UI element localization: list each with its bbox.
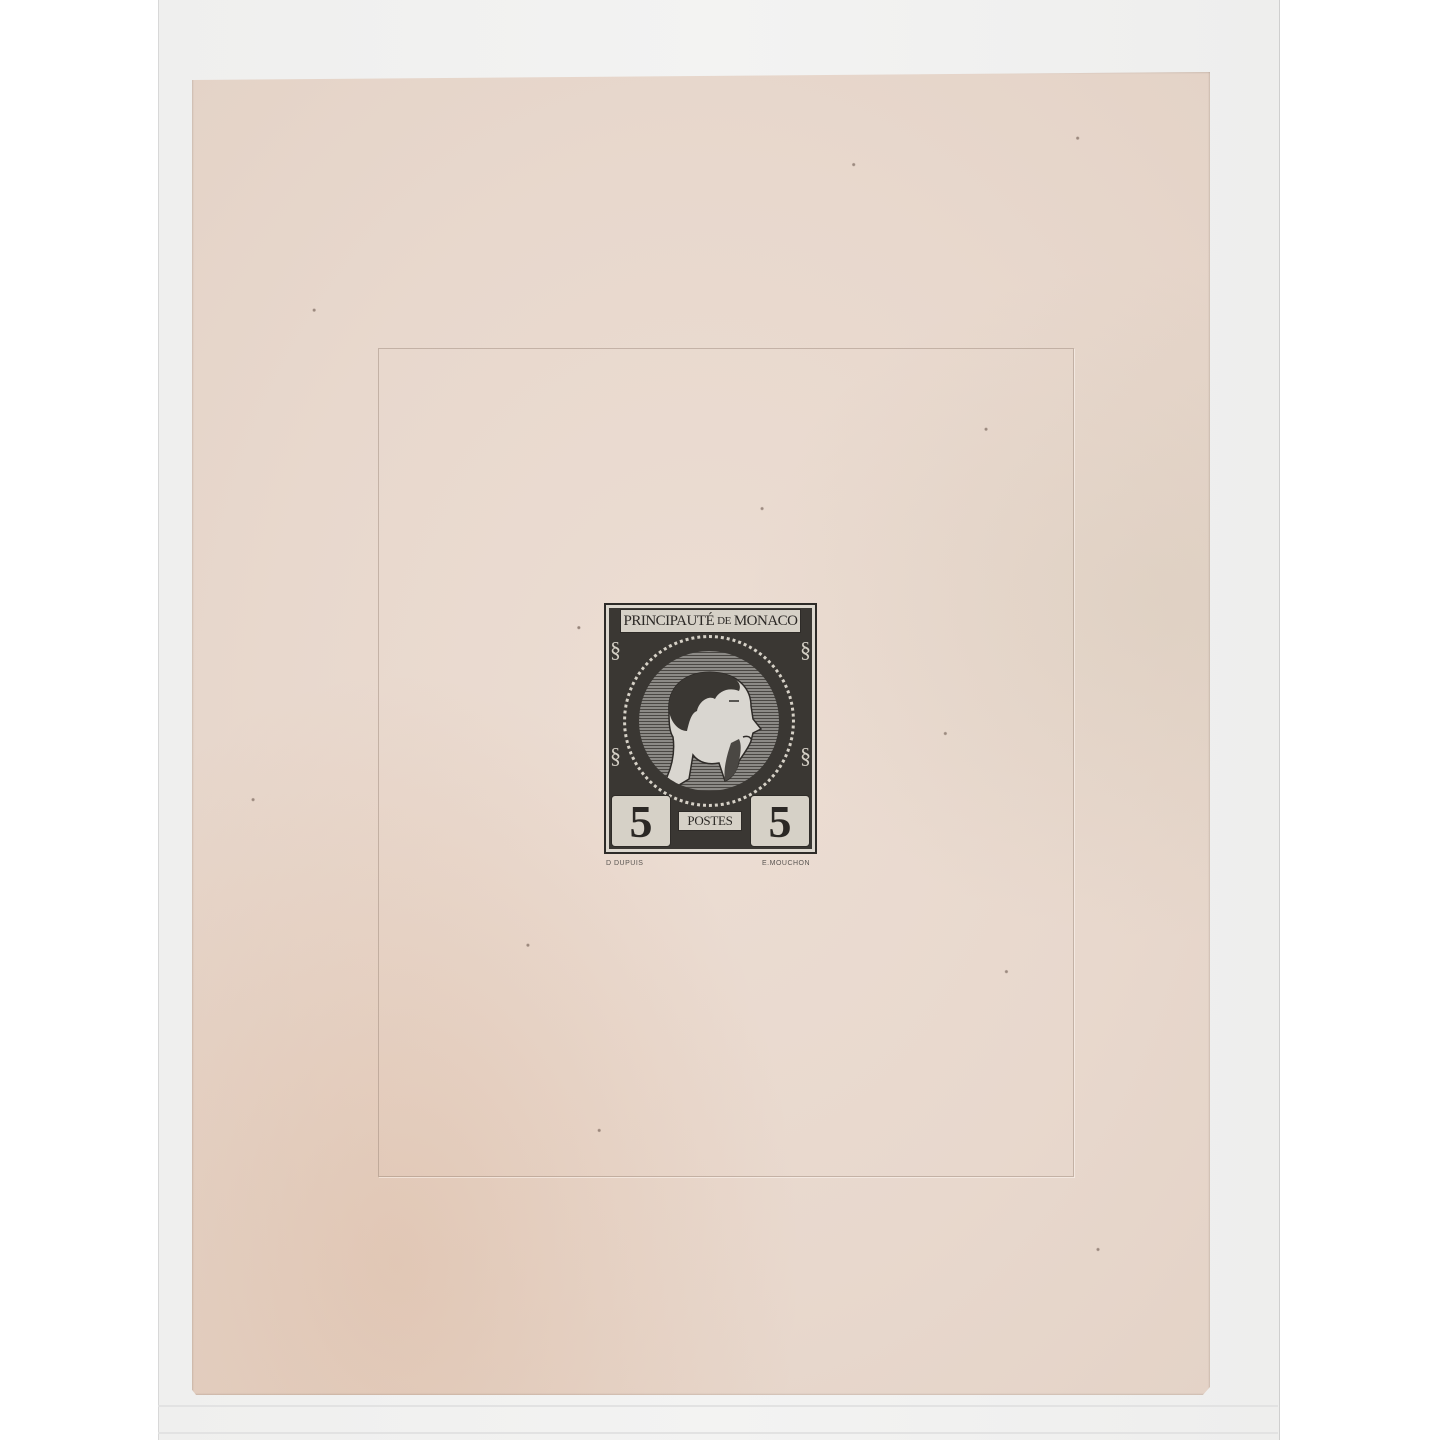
value-numeral-right: 5 [769,795,792,848]
engraver-imprint-right: E.MOUCHON [762,860,810,867]
engraver-imprint-left: D DUPUIS [606,860,643,867]
stamp-title-principaute: PRINCIPAUTÉ [624,613,715,630]
mount-strip [158,1432,1278,1434]
portrait-medallion [639,651,779,791]
stamp-die-proof: PRINCIPAUTÉ DE MONACO § § § § 5 POSTES 5 [604,603,817,854]
value-box-right: 5 [750,795,810,847]
value-numeral-left: 5 [630,795,653,848]
postes-text: POSTES [687,813,732,829]
scroll-ornament-icon: § [800,745,811,767]
portrait-profile-icon [639,651,779,791]
stamp-title: PRINCIPAUTÉ DE MONACO [620,609,801,633]
stamp-title-monaco: MONACO [734,613,798,630]
value-box-left: 5 [611,795,671,847]
scroll-ornament-icon: § [800,639,811,661]
scroll-ornament-icon: § [610,639,621,661]
postes-label: POSTES [678,811,742,831]
stamp-title-de: DE [717,615,731,627]
mount-strip [158,1405,1278,1407]
scroll-ornament-icon: § [610,745,621,767]
